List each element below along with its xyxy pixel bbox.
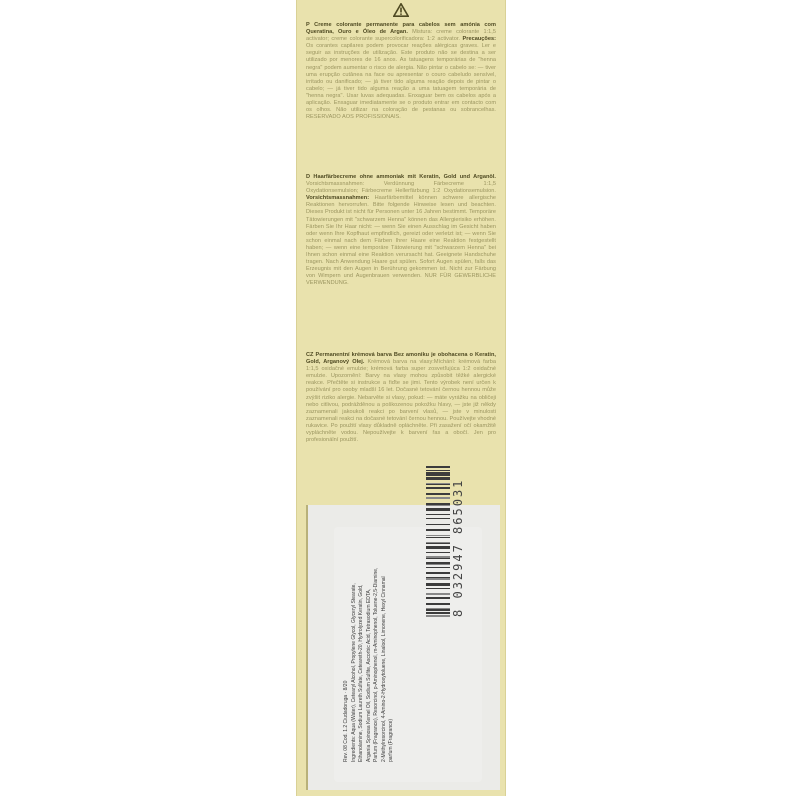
product-box: P Creme colorante permanente para cabelo… — [296, 0, 506, 796]
section-czech: CZ Permanentní krémová barva Bez amoniku… — [306, 352, 496, 444]
ingredients-line: parfum (Fragrance) — [388, 542, 396, 762]
section-subbody: Haarfärbemittel können schwere allergisc… — [306, 195, 496, 286]
ingredients-line: Ethanolamine, Sodium Laureth Sulfate, Ce… — [358, 542, 366, 762]
ingredients-line: Parfum (Fragrance), Resorcinol, p-Aminop… — [373, 542, 381, 762]
instructions-panel: P Creme colorante permanente para cabelo… — [306, 0, 496, 500]
ingredients-line: Ingredients: Aqua (Water), Cetearyl Alco… — [351, 542, 359, 762]
warning-triangle-icon — [393, 3, 409, 17]
section-portuguese: P Creme colorante permanente para cabelo… — [306, 22, 496, 121]
product-label: Rev. 08 Cod. 1.2 Ciudadoruga · 8/20Ingre… — [306, 505, 500, 790]
barcode-digits: 8 032947 865031 — [451, 427, 465, 617]
section-subheading: Precauções: — [463, 36, 497, 42]
section-heading: D Haarfärbecreme ohne ammoniak mit Kerat… — [306, 174, 496, 180]
barcode: 8 032947 865031 — [426, 427, 466, 617]
label-sticker: Rev. 08 Cod. 1.2 Ciudadoruga · 8/20Ingre… — [334, 527, 482, 782]
section-body: Vorsichtsmassnahmen: Verdünnung Färbecre… — [306, 181, 496, 194]
ingredients-line: Rev. 08 Cod. 1.2 Ciudadoruga · 8/20 — [343, 542, 351, 762]
section-subheading: Vorsichtsmassnahmen: — [306, 195, 369, 201]
section-german: D Haarfärbecreme ohne ammoniak mit Kerat… — [306, 174, 496, 288]
barcode-bars — [426, 427, 450, 617]
ingredients-line: Argania Spinosa Kernel Oil, Sodium Sulfi… — [366, 542, 374, 762]
ingredients-text: Rev. 08 Cod. 1.2 Ciudadoruga · 8/20Ingre… — [343, 542, 421, 762]
section-subbody: Os corantes capilares podem provocar rea… — [306, 43, 496, 120]
ingredients-line: 2-Methylresorcinol, 4-Amino-2-Hydroxytol… — [381, 542, 389, 762]
section-subbody: Upozornění: Barvy na vlasy mohou způsobi… — [306, 373, 496, 443]
